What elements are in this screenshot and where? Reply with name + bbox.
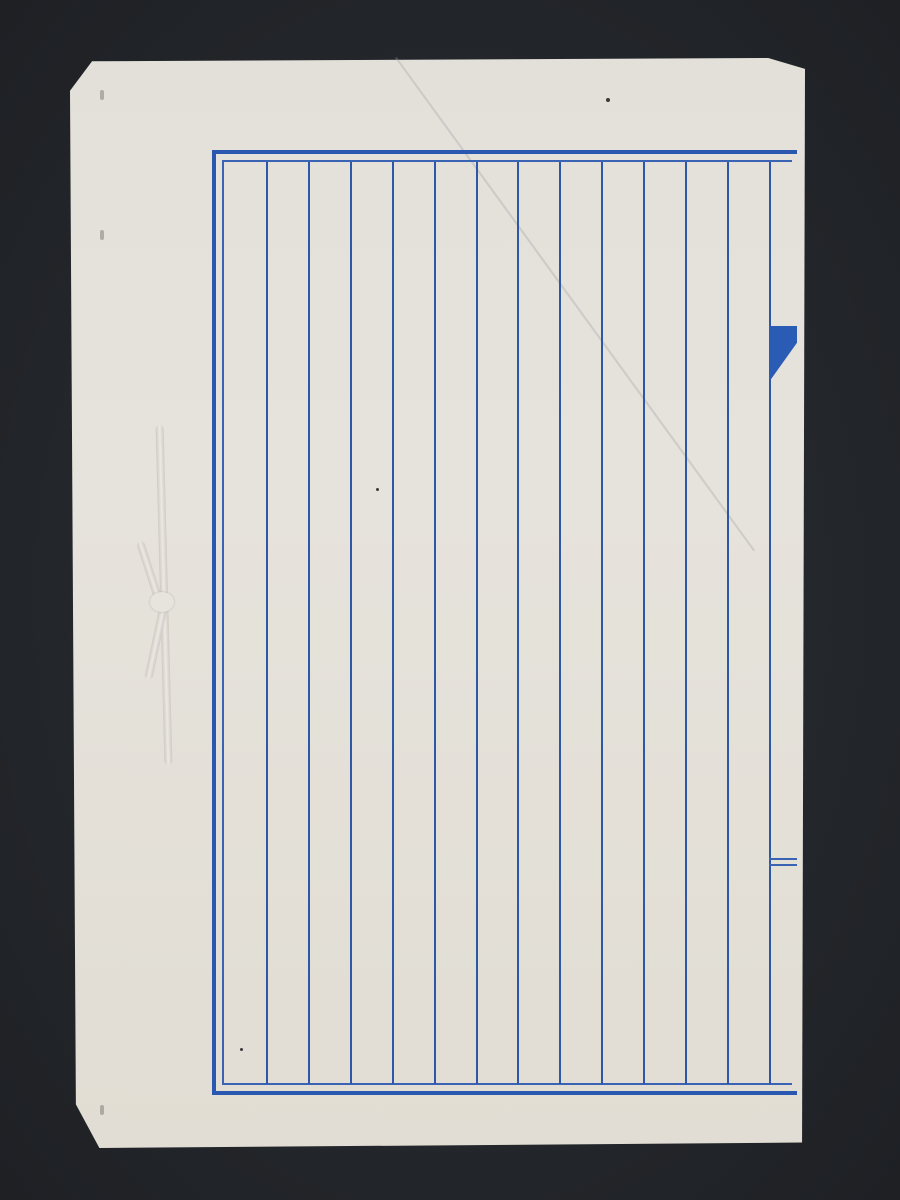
column-line	[476, 162, 478, 1084]
column-line	[727, 162, 729, 1084]
column-line	[308, 162, 310, 1084]
column-line	[434, 162, 436, 1084]
binding-hole	[100, 230, 104, 240]
column-line	[266, 162, 268, 1084]
column-line	[643, 162, 645, 1084]
column-line	[601, 162, 603, 1084]
binding-hole	[100, 90, 104, 100]
column-line	[559, 162, 561, 1084]
column-line	[769, 162, 771, 1084]
binding-hole	[100, 1105, 104, 1115]
binding-knot	[150, 592, 174, 612]
column-line	[350, 162, 352, 1084]
ink-speck	[606, 98, 610, 102]
column-line	[392, 162, 394, 1084]
ink-speck	[240, 1048, 243, 1051]
column-line	[517, 162, 519, 1084]
ink-speck	[376, 488, 379, 491]
column-line	[685, 162, 687, 1084]
fold-edge-mark	[769, 858, 797, 866]
